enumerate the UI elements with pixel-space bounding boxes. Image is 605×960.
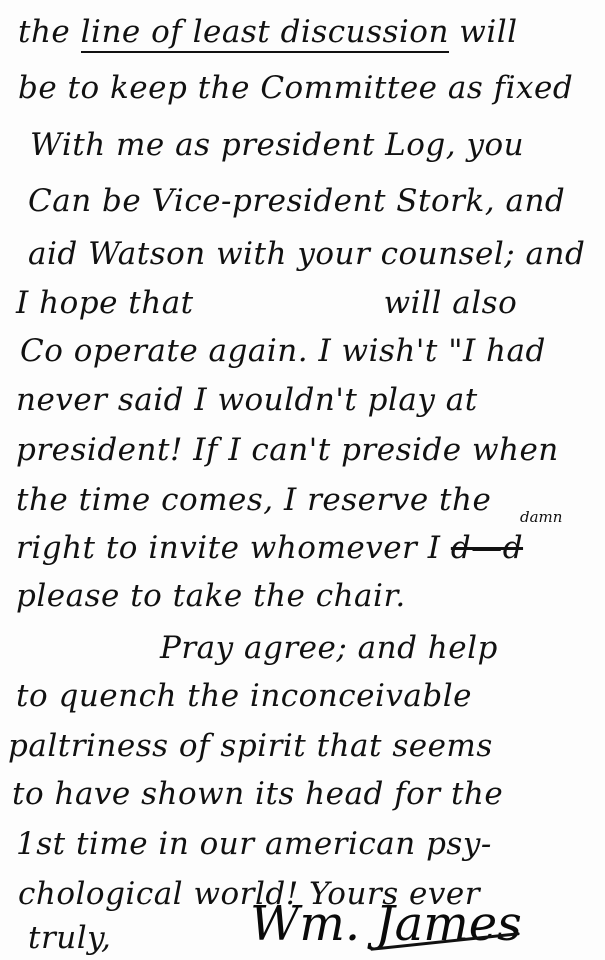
line-text: right to invite whomever I xyxy=(16,530,451,566)
letter-line-17: 1st time in our american psy- xyxy=(16,826,492,862)
struck-word: d—d xyxy=(451,530,523,566)
interlinear-insertion: damn xyxy=(520,508,562,526)
letter-line-8: never said I wouldn't play at xyxy=(16,382,478,418)
signature: Wm. James xyxy=(250,896,522,952)
letter-line-9: president! If I can't preside when xyxy=(16,432,559,468)
letter-line-10: the time comes, I reserve the xyxy=(16,482,491,518)
letter-line-13: Pray agree; and help xyxy=(160,630,498,666)
letter-page: the line of least discussion will be to … xyxy=(0,0,605,960)
letter-line-4: Can be Vice-president Stork, and xyxy=(28,183,565,219)
letter-line-16: to have shown its head for the xyxy=(12,776,503,812)
letter-line-15: paltriness of spirit that seems xyxy=(8,728,493,764)
letter-line-11: right to invite whomever I d—d xyxy=(16,530,523,566)
line-text: will also xyxy=(384,285,518,321)
letter-line-3: With me as president Log, you xyxy=(30,127,524,163)
letter-line-5: aid Watson with your counsel; and xyxy=(28,236,585,272)
underlined-phrase: line of least discussion xyxy=(81,14,449,53)
letter-line-7: Co operate again. I wish't "I had xyxy=(20,333,546,369)
letter-line-2: be to keep the Committee as fixed xyxy=(18,70,573,106)
line-text: the xyxy=(18,14,81,50)
line-text: will xyxy=(449,14,518,50)
letter-line-6: I hope thatwill also xyxy=(16,285,517,321)
letter-line-14: to quench the inconceivable xyxy=(16,678,472,714)
letter-line-19: truly, xyxy=(28,920,111,956)
line-text: I hope that xyxy=(16,285,194,321)
letter-line-1: the line of least discussion will xyxy=(18,14,518,50)
letter-line-12: please to take the chair. xyxy=(16,578,406,614)
